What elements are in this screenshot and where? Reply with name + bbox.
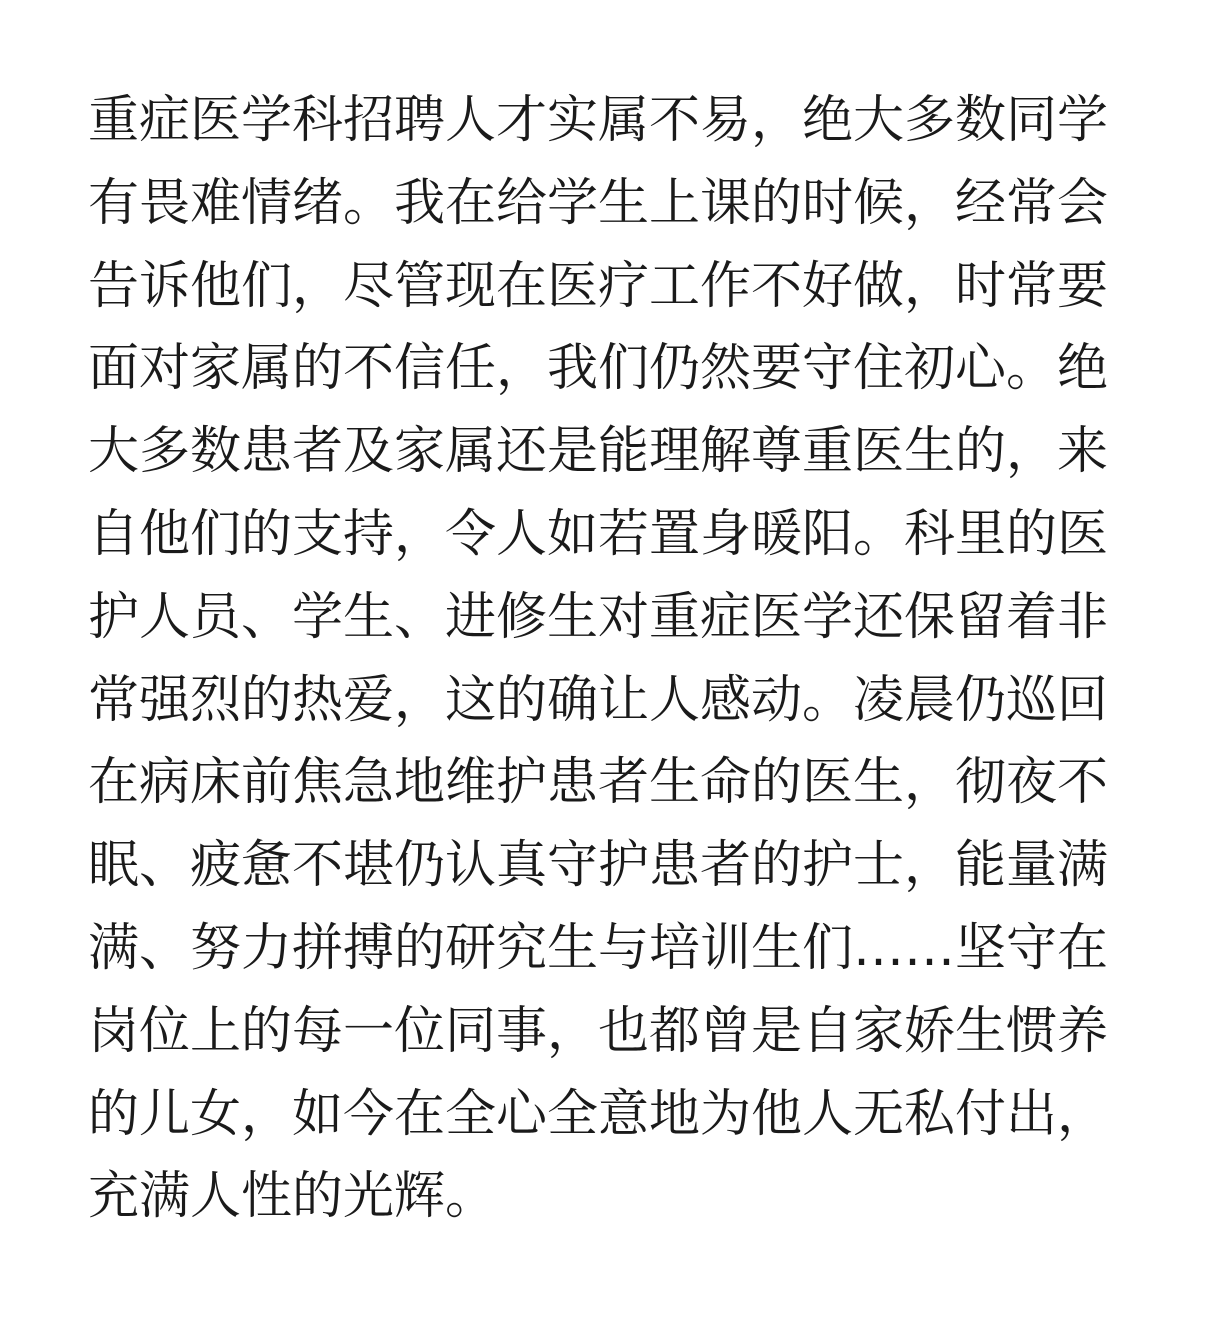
text-line: 大多数患者及家属还是能理解尊重医生的，来 [88, 423, 1128, 506]
text-line: 满、努力拼搏的研究生与培训生们……坚守在 [88, 920, 1128, 1003]
article-paragraph: 重症医学科招聘人才实属不易，绝大多数同学 有畏难情绪。我在给学生上课的时候，经常… [88, 92, 1128, 1251]
text-line: 在病床前焦急地维护患者生命的医生，彻夜不 [88, 754, 1128, 837]
text-line: 护人员、学生、进修生对重症医学还保留着非 [88, 589, 1128, 672]
text-line: 充满人性的光辉。 [88, 1168, 1128, 1251]
text-line: 有畏难情绪。我在给学生上课的时候，经常会 [88, 175, 1128, 258]
text-line: 眠、疲惫不堪仍认真守护患者的护士，能量满 [88, 837, 1128, 920]
text-line: 岗位上的每一位同事，也都曾是自家娇生惯养 [88, 1003, 1128, 1086]
text-line: 的儿女，如今在全心全意地为他人无私付出， [88, 1086, 1128, 1169]
text-line: 常强烈的热爱，这的确让人感动。凌晨仍巡回 [88, 672, 1128, 755]
text-line: 告诉他们，尽管现在医疗工作不好做，时常要 [88, 258, 1128, 341]
text-line: 重症医学科招聘人才实属不易，绝大多数同学 [88, 92, 1128, 175]
text-line: 面对家属的不信任，我们仍然要守住初心。绝 [88, 340, 1128, 423]
text-line: 自他们的支持，令人如若置身暖阳。科里的医 [88, 506, 1128, 589]
